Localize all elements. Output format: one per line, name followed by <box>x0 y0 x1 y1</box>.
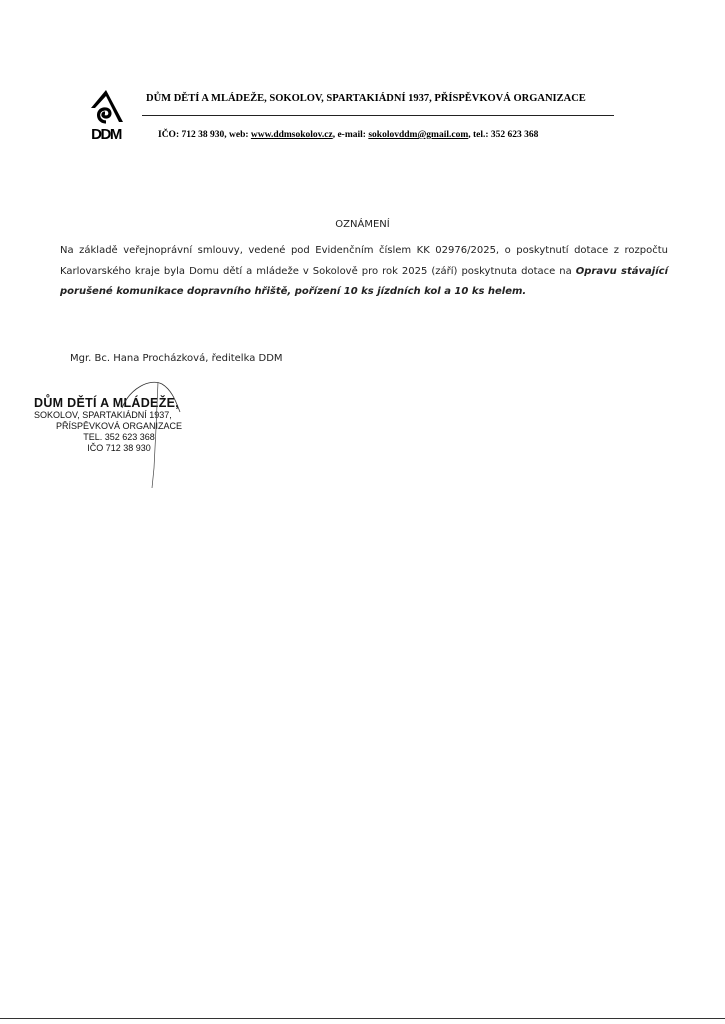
tel-label: , tel.: 352 623 368 <box>468 130 538 140</box>
signatory: Mgr. Bc. Hana Procházková, ředitelka DDM <box>70 353 283 364</box>
ico-label: IČO: 712 38 930, web: <box>158 130 251 140</box>
email-link[interactable]: sokolovddm@gmail.com <box>368 130 468 140</box>
stamp-line-3: TEL. 352 623 368 <box>34 432 204 443</box>
logo-text: DDM <box>83 126 129 143</box>
page-bottom-edge <box>0 1018 725 1019</box>
email-label: , e-mail: <box>333 130 369 140</box>
stamp-title: DŮM DĚTÍ A MLÁDEŽE, <box>34 396 204 410</box>
stamp-line-1: SOKOLOV, SPARTAKIÁDNÍ 1937, <box>34 410 204 421</box>
web-link[interactable]: www.ddmsokolov.cz <box>251 130 333 140</box>
header-divider <box>142 115 614 116</box>
organization-name: DŮM DĚTÍ A MLÁDEŽE, SOKOLOV, SPARTAKIÁDN… <box>146 93 586 104</box>
notice-body: Na základě veřejnoprávní smlouvy, vedené… <box>60 241 668 303</box>
stamp-line-2: PŘÍSPĚVKOVÁ ORGANIZACE <box>34 421 204 432</box>
contact-line: IČO: 712 38 930, web: www.ddmsokolov.cz,… <box>158 130 538 140</box>
official-stamp: DŮM DĚTÍ A MLÁDEŽE, SOKOLOV, SPARTAKIÁDN… <box>34 396 204 454</box>
ddm-logo: DDM <box>83 88 129 146</box>
house-spiral-icon <box>87 88 125 126</box>
notice-title: OZNÁMENÍ <box>0 219 725 230</box>
stamp-line-4: IČO 712 38 930 <box>34 443 204 454</box>
